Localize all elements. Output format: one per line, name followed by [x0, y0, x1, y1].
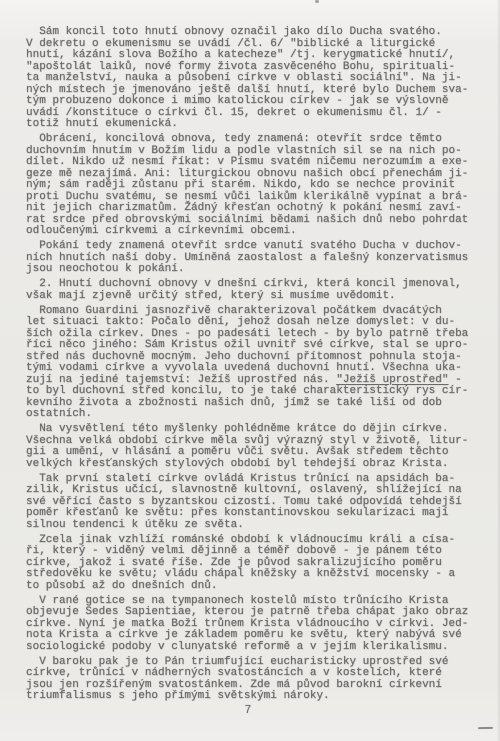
paragraph: Zcela jinak vzhlíží románské období k vl… [26, 535, 482, 593]
scanned-document-page: Sám koncil toto hnutí obnovy označil jak… [0, 0, 500, 741]
underlined-phrase: "Ježíš uprostřed" [336, 374, 448, 386]
paragraph: Tak první staletí církve ovládá Kristus … [26, 474, 482, 532]
paragraph: V rané gotice se na tympanonech kostelů … [26, 596, 482, 654]
page-number: 7 [0, 704, 496, 717]
scan-speck-mark [315, 0, 319, 3]
paragraph: Na vysvětlení této myšlenky pohlédněme k… [26, 424, 482, 470]
paragraph: Sám koncil toto hnutí obnovy označil jak… [26, 27, 482, 131]
scan-dash-mark [478, 727, 493, 729]
paragraph: 2. Hnutí duchovní obnovy v dnešní církvi… [26, 279, 482, 302]
paragraph: Pokání tedy znamená otevřít srdce vanutí… [26, 241, 482, 276]
page-text: Sám koncil toto hnutí obnovy označil jak… [26, 27, 482, 706]
paragraph: V baroku pak je to Pán triumfující eucha… [26, 657, 482, 703]
paragraph: Obrácení, koncilová obnova, tedy znamená… [26, 134, 482, 238]
paragraph: Romano Guardini jasnozřivě charakterizov… [26, 306, 482, 421]
